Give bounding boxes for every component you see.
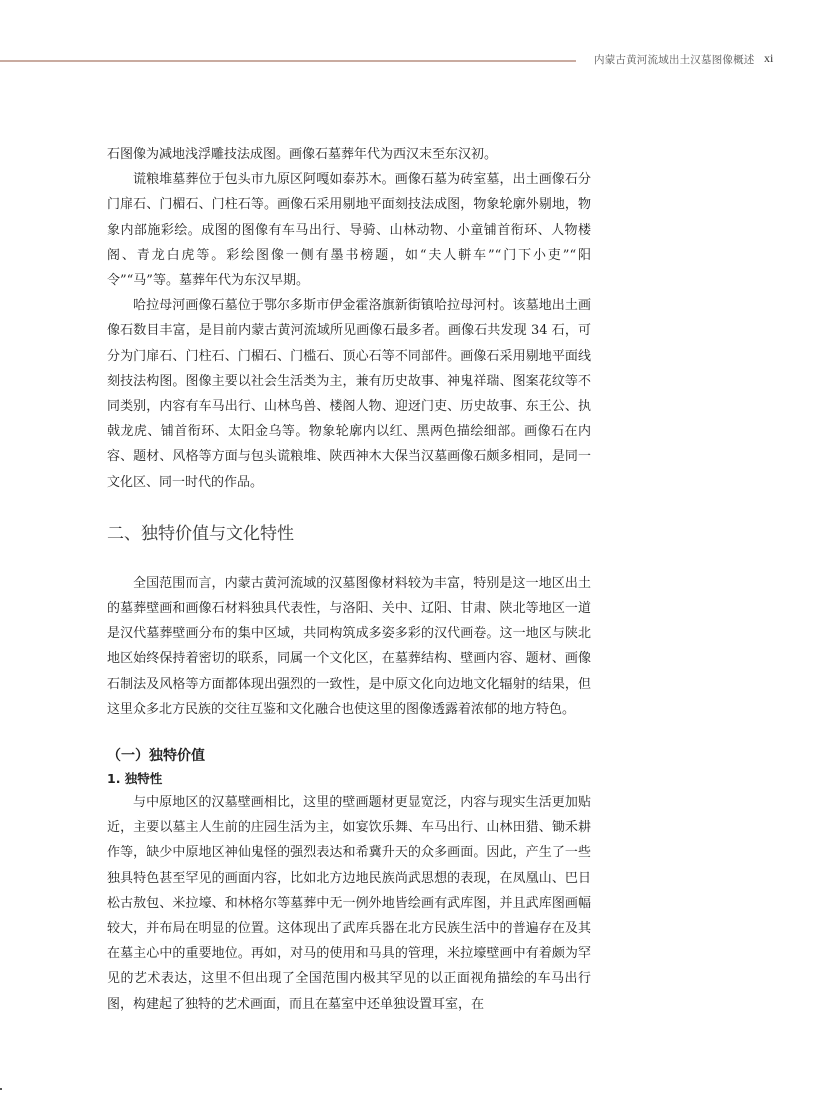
paragraph: 哈拉母河画像石墓位于鄂尔多斯市伊金霍洛旗新街镇哈拉母河村。该墓地出土画像石数目丰… xyxy=(107,293,591,495)
paragraph: 谎粮堆墓葬位于包头市九原区阿嘎如泰苏木。画像石墓为砖室墓，出土画像石分门扉石、门… xyxy=(107,167,591,293)
section-title: 二、独特价值与文化特性 xyxy=(107,521,591,547)
subsection-title: （一）独特价值 xyxy=(107,744,591,768)
page-number: xi xyxy=(764,51,773,66)
paragraph: 石图像为减地浅浮雕技法成图。画像石墓葬年代为西汉末至东汉初。 xyxy=(107,142,591,167)
subsubsection-title: 1. 独特性 xyxy=(107,768,591,790)
paragraph: 全国范围而言，内蒙古黄河流域的汉墓图像材料较为丰富，特别是这一地区出土的墓葬壁画… xyxy=(107,571,591,722)
running-title: 内蒙古黄河流域出土汉墓图像概述 xyxy=(594,52,755,67)
header-rule xyxy=(0,60,576,62)
crop-mark xyxy=(0,1088,2,1090)
paragraph: 与中原地区的汉墓壁画相比，这里的壁画题材更显宽泛，内容与现实生活更加贴近，主要以… xyxy=(107,790,591,1017)
page-body: 石图像为减地浅浮雕技法成图。画像石墓葬年代为西汉末至东汉初。 谎粮堆墓葬位于包头… xyxy=(107,142,591,1017)
